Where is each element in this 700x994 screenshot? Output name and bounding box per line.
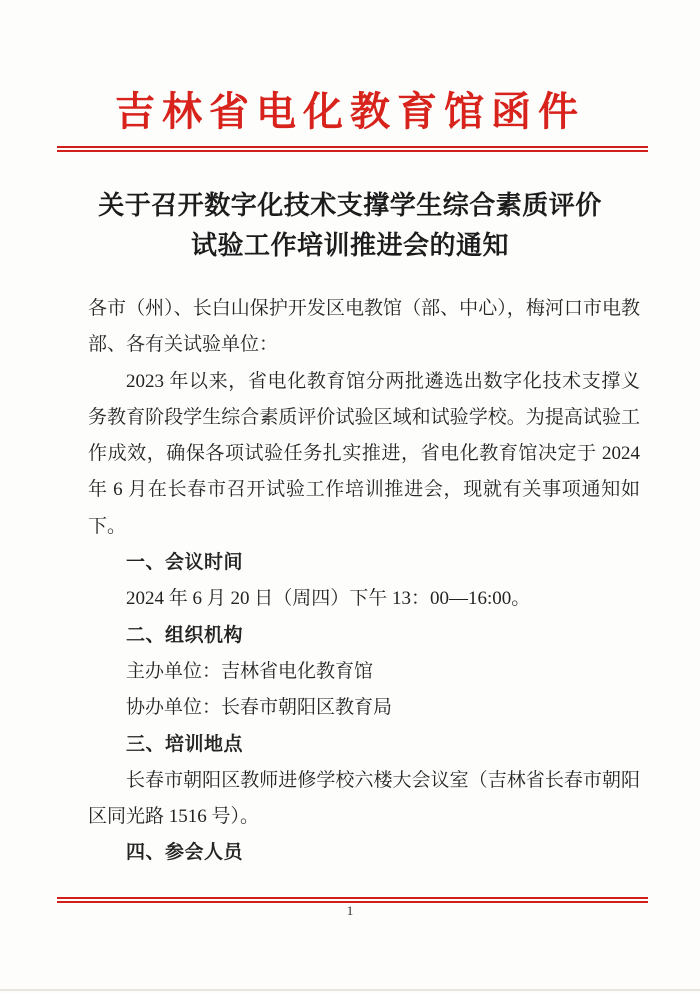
page-number: 1 bbox=[0, 903, 700, 919]
document-title: 关于召开数字化技术支撑学生综合素质评价试验工作培训推进会的通知 bbox=[0, 186, 700, 266]
document-title-line2: 试验工作培训推进会的通知 bbox=[191, 231, 509, 260]
body-paragraph: 2023 年以来，省电化教育馆分两批遴选出数字化技术支撑义务教育阶段学生综合素质… bbox=[88, 364, 640, 545]
body-paragraph: 长春市朝阳区教师进修学校六楼大会议室（吉林省长春市朝阳区同光路 1516 号）。 bbox=[88, 763, 640, 836]
document-body: 各市（州）、长白山保护开发区电教馆（部、中心），梅河口市电教部、各有关试验单位：… bbox=[88, 291, 640, 872]
letterhead-divider bbox=[57, 146, 648, 152]
section-heading: 二、组织机构 bbox=[88, 618, 640, 654]
document-page: 吉林省电化教育馆函件 关于召开数字化技术支撑学生综合素质评价试验工作培训推进会的… bbox=[0, 0, 700, 994]
body-paragraph: 2024 年 6 月 20 日（周四）下午 13：00—16:00。 bbox=[88, 581, 640, 617]
body-paragraph: 协办单位：长春市朝阳区教育局 bbox=[88, 690, 640, 726]
letterhead-title: 吉林省电化教育馆函件 bbox=[0, 80, 700, 137]
scan-bottom-edge bbox=[0, 989, 700, 991]
document-title-line1: 关于召开数字化技术支撑学生综合素质评价 bbox=[98, 191, 602, 220]
body-paragraph: 主办单位：吉林省电化教育馆 bbox=[88, 654, 640, 690]
section-heading: 三、培训地点 bbox=[88, 727, 640, 763]
salutation-line: 各市（州）、长白山保护开发区电教馆（部、中心），梅河口市电教部、各有关试验单位： bbox=[88, 291, 640, 364]
section-heading: 四、参会人员 bbox=[88, 835, 640, 871]
section-heading: 一、会议时间 bbox=[88, 545, 640, 581]
